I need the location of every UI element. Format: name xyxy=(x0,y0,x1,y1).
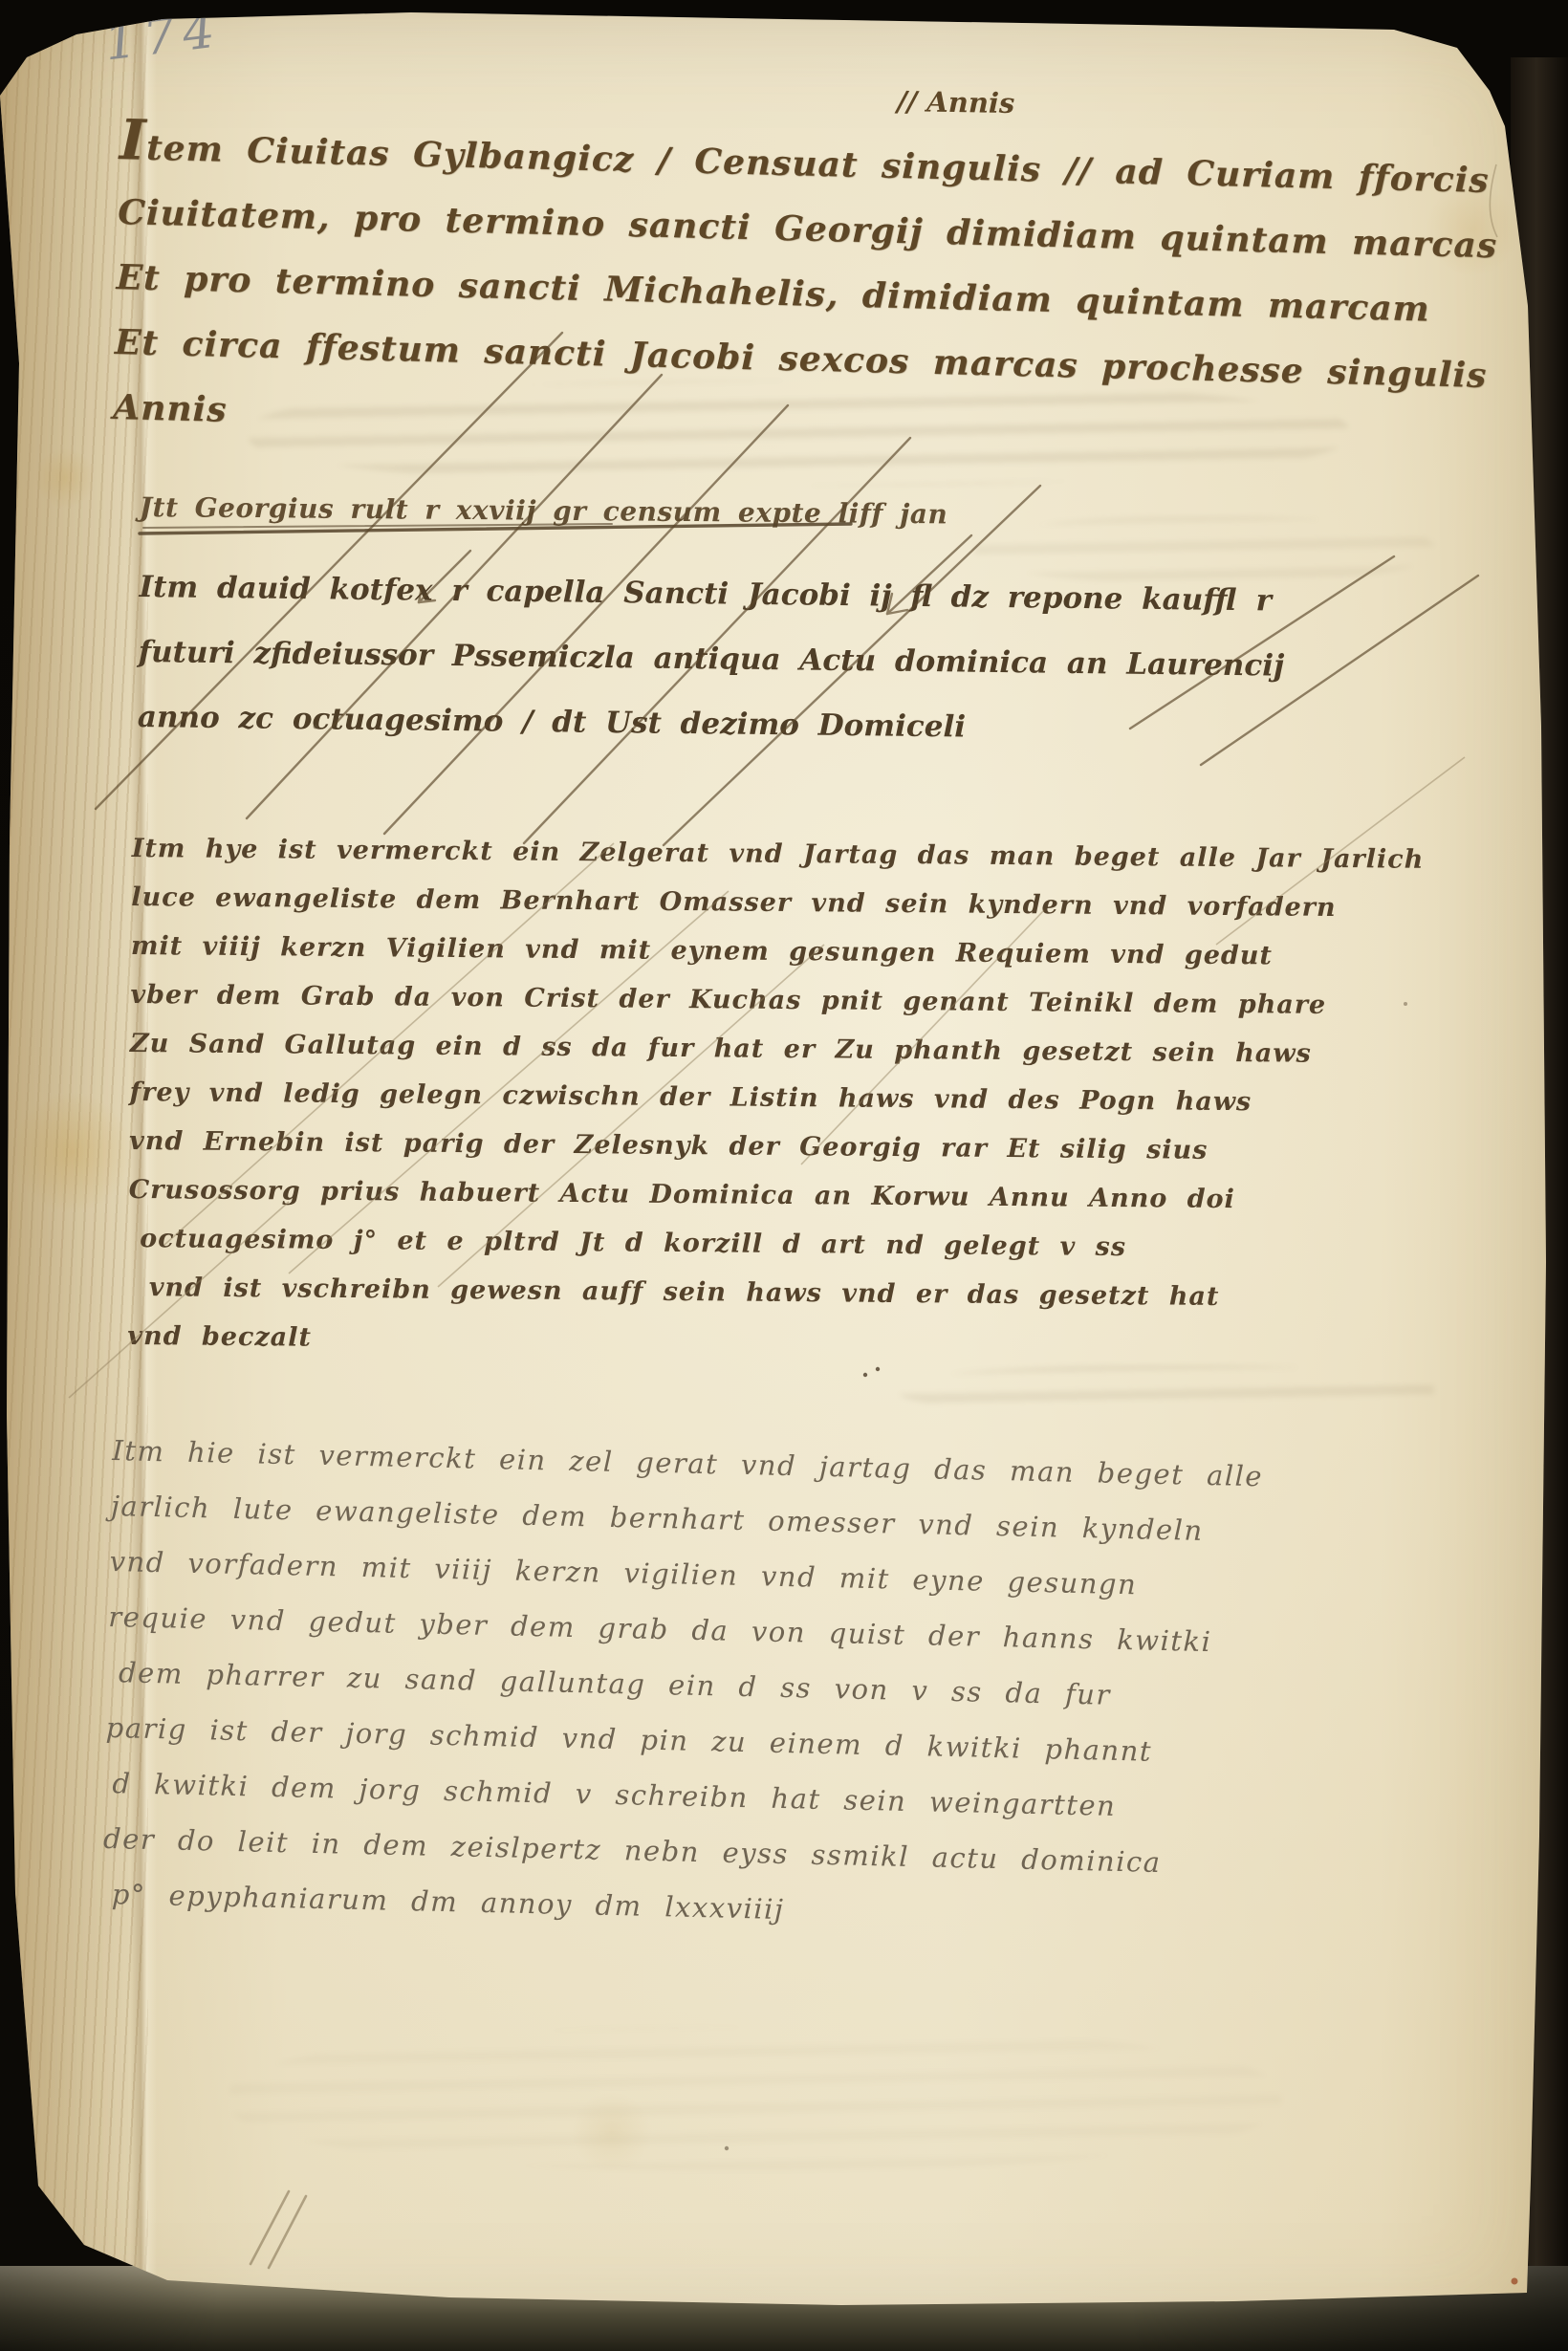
manuscript-page: 174 // Annis Item Ciuitas Gylbangicz / C… xyxy=(0,0,1568,2351)
manuscript-line: vnd beczalt xyxy=(127,1312,1420,1372)
struck-through-entry: Jtt Georgius rult r xxviij gr censum exp… xyxy=(140,491,948,530)
pen-trial-marks xyxy=(250,2191,306,2268)
verso-show-through xyxy=(899,1365,1434,1415)
verso-show-through xyxy=(229,2027,1281,2170)
german-anniversary-entry-2: Itm hie ist vermerckt ein zel gerat vnd … xyxy=(101,1423,1264,1948)
latin-census-entry: Item Ciuitas Gylbangicz / Censuat singul… xyxy=(112,107,1499,473)
cancelled-latin-entry: Itm dauid kotfex r capella Sancti Jacobi… xyxy=(138,555,1286,764)
interlinear-insertion: // Annis xyxy=(897,85,1015,120)
codex-photo: 174 // Annis Item Ciuitas Gylbangicz / C… xyxy=(0,0,1568,2351)
german-anniversary-entry-1: Itm hye ist vermerckt ein Zelgerat vnd J… xyxy=(127,824,1424,1372)
folio-number: 174 xyxy=(101,1,226,73)
